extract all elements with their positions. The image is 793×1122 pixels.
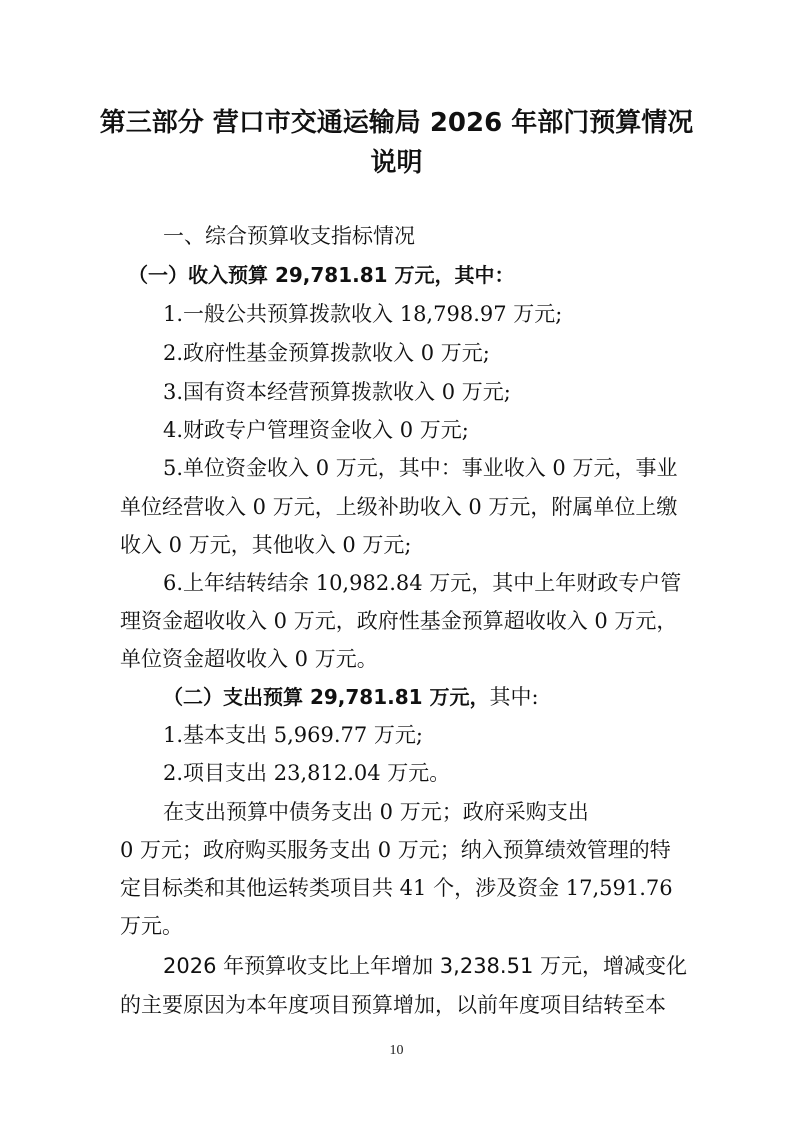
income-item-4: 4.财政专户管理资金收入 0 万元; [163, 414, 469, 444]
expense-note-line1: 在支出预算中债务支出 0 万元；政府采购支出 [163, 796, 589, 826]
income-item-6-line1: 6.上年结转结余 10,982.84 万元，其中上年财政专户管 [163, 567, 681, 597]
change-line1: 2026 年预算收支比上年增加 3,238.51 万元，增减变化 [163, 950, 687, 980]
expense-heading: （二）支出预算 29,781.81 万元，其中: [163, 681, 539, 711]
change-line2: 的主要原因为本年度项目预算增加，以前年度项目结转至本 [120, 989, 666, 1019]
income-item-3: 3.国有资本经营预算拨款收入 0 万元; [163, 376, 511, 406]
page-title-line2: 说明 [0, 142, 793, 179]
income-heading: （一）收入预算 29,781.81 万元，其中： [128, 259, 515, 288]
income-item-2: 2.政府性基金预算拨款收入 0 万元; [163, 337, 490, 367]
expense-item-2: 2.项目支出 23,812.04 万元。 [163, 757, 450, 787]
expense-note-line3: 定目标类和其他运转类项目共 41 个，涉及资金 17,591.76 [120, 872, 673, 902]
section-heading: 一、综合预算收支指标情况 [163, 220, 415, 250]
income-item-5-line3: 收入 0 万元，其他收入 0 万元; [120, 529, 412, 559]
income-item-5-line1: 5.单位资金收入 0 万元，其中：事业收入 0 万元，事业 [163, 452, 677, 482]
document-page: 第三部分 营口市交通运输局 2026 年部门预算情况 说明 一、综合预算收支指标… [0, 0, 793, 1122]
expense-note-line2: 0 万元；政府购买服务支出 0 万元；纳入预算绩效管理的特 [120, 834, 671, 864]
income-item-5-line2: 单位经营收入 0 万元，上级补助收入 0 万元，附属单位上缴 [120, 491, 677, 521]
income-item-6-line2: 理资金超收收入 0 万元，政府性基金预算超收收入 0 万元， [120, 605, 677, 635]
expense-heading-bold: （二）支出预算 29,781.81 万元， [163, 685, 490, 709]
income-item-6-line3: 单位资金超收收入 0 万元。 [120, 643, 378, 673]
expense-item-1: 1.基本支出 5,969.77 万元; [163, 719, 423, 749]
page-number: 10 [0, 1043, 793, 1059]
income-item-1: 1.一般公共预算拨款收入 18,798.97 万元; [163, 298, 562, 328]
expense-note-line4: 万元。 [120, 910, 183, 940]
page-title: 第三部分 营口市交通运输局 2026 年部门预算情况 [0, 102, 793, 139]
expense-heading-rest: 其中: [490, 685, 539, 709]
